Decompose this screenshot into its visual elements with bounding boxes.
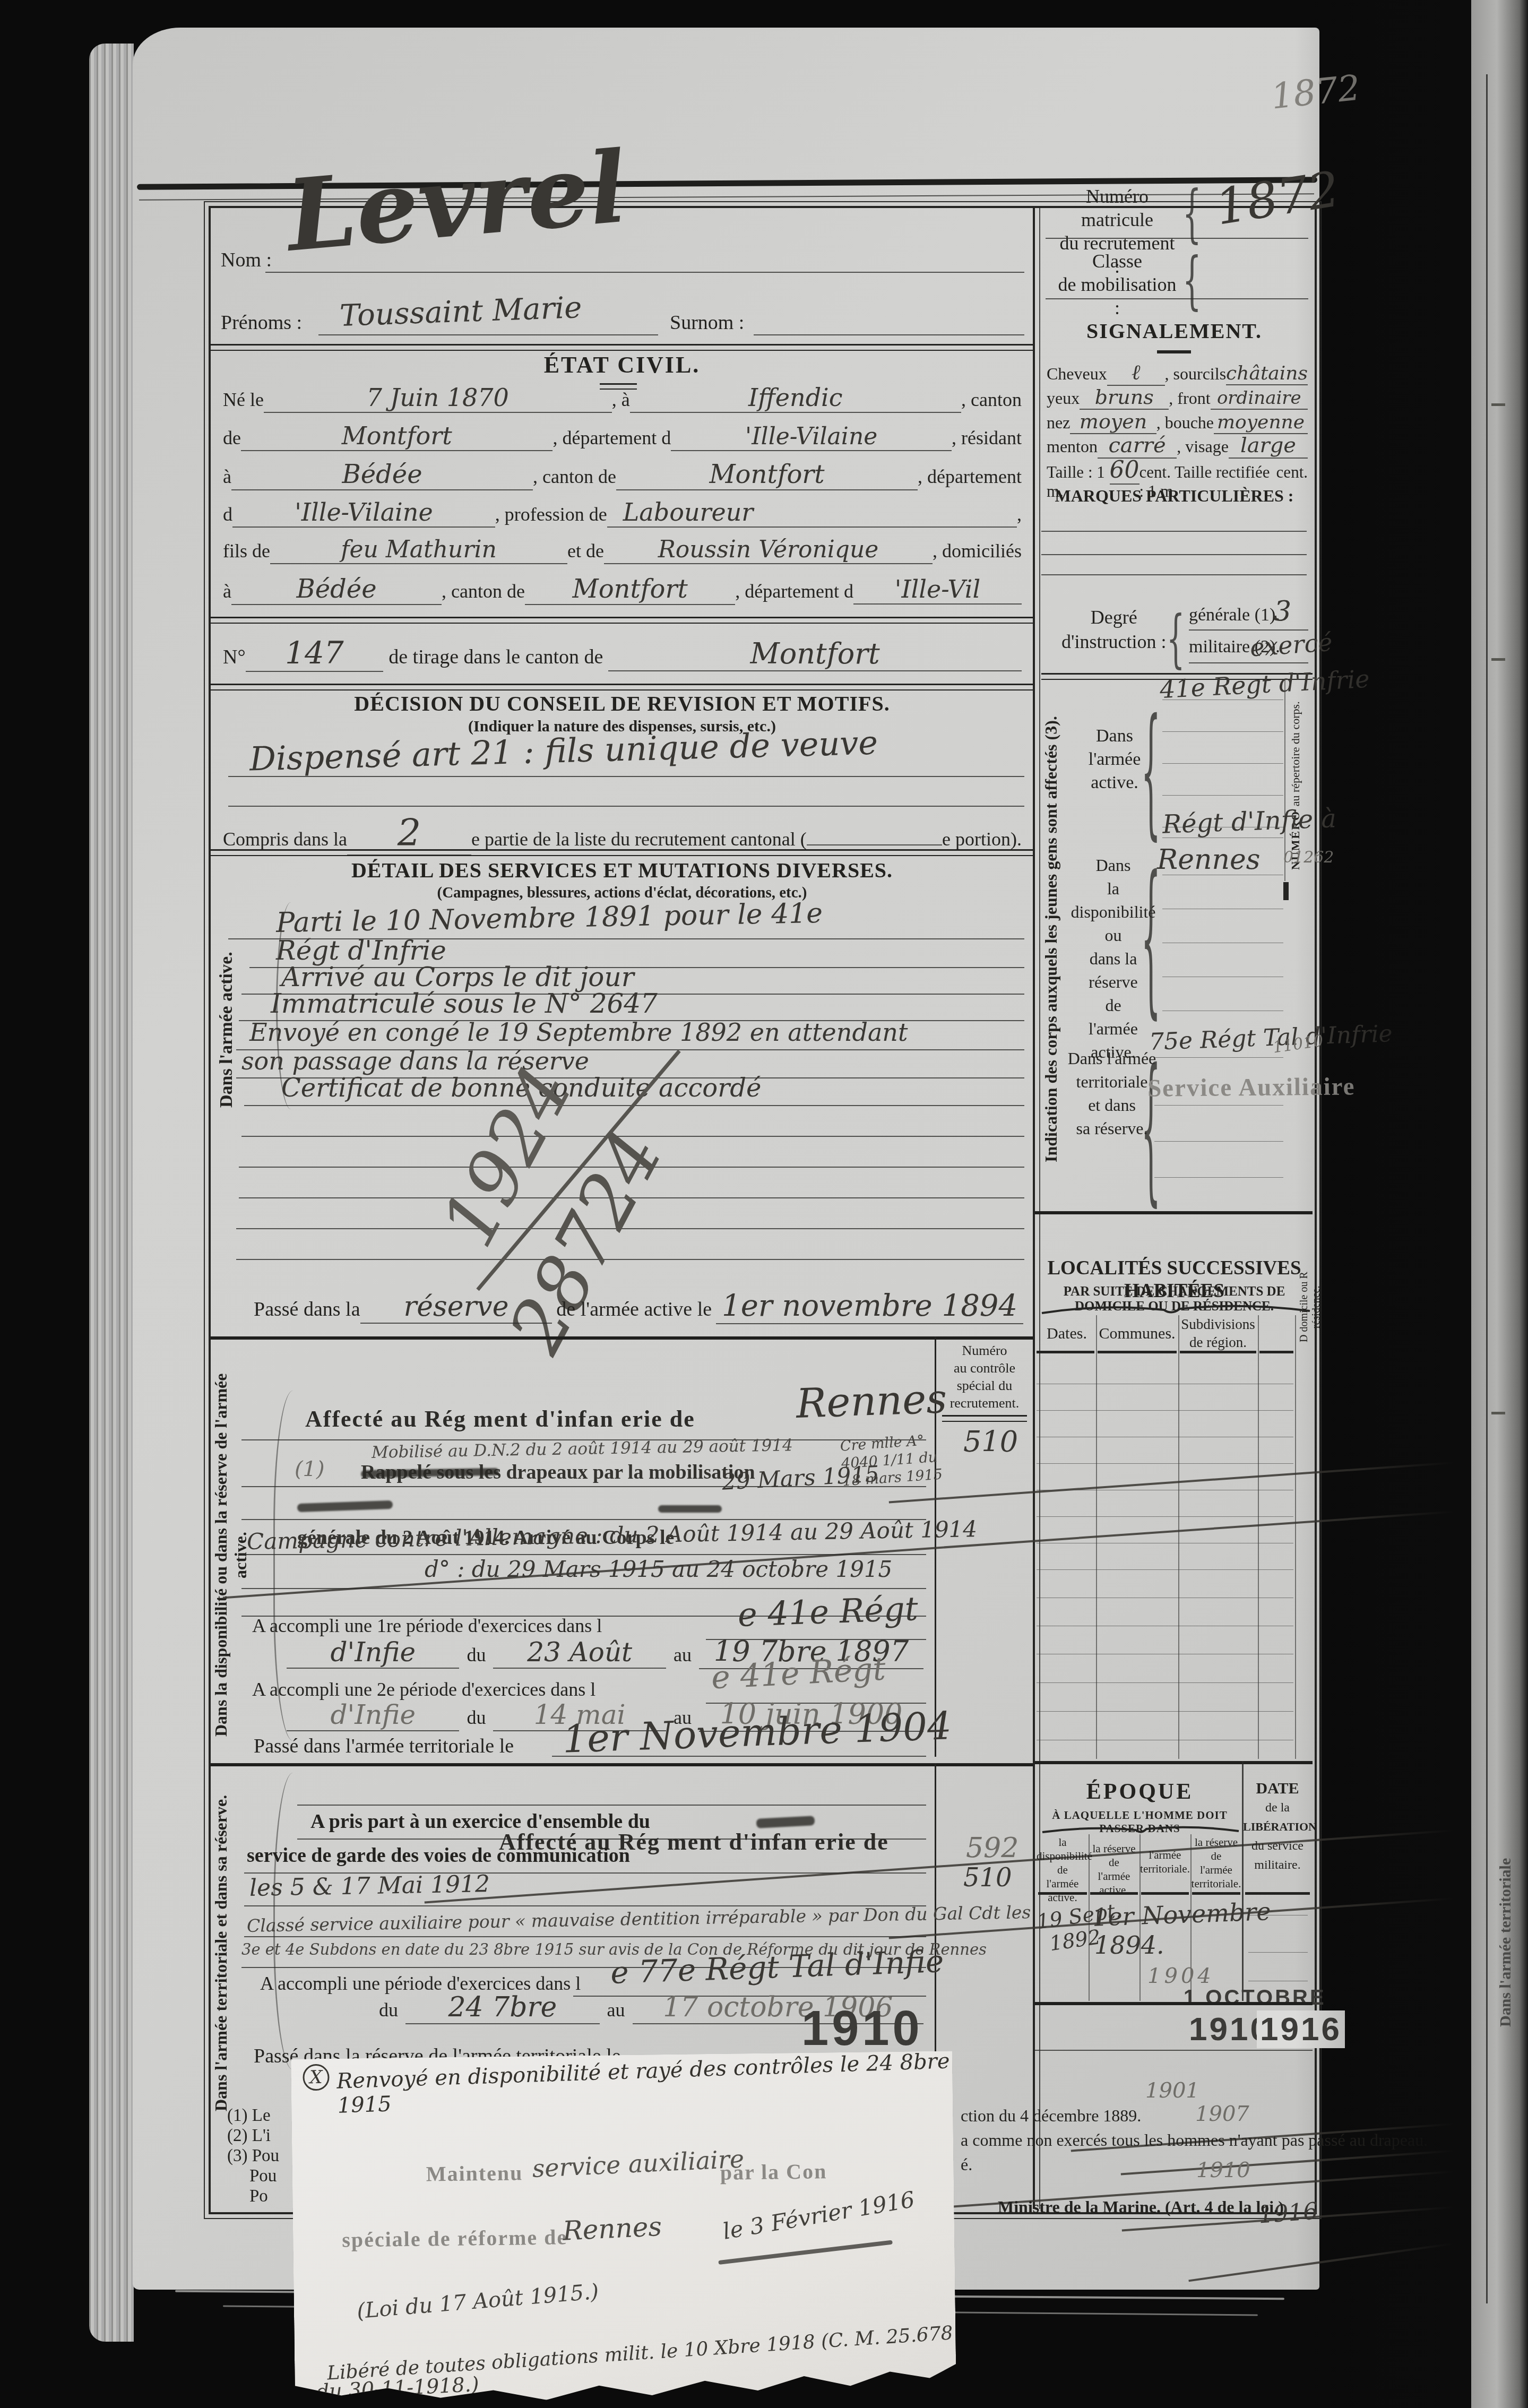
- slip-date-underline: [718, 2240, 893, 2265]
- label: au contrôle: [937, 1359, 1032, 1377]
- epoque-header-rule-1: [1038, 1892, 1087, 1895]
- label: militaire.: [1243, 1855, 1312, 1875]
- pasted-note-slip: X Renvoyé en disponibilité et rayé des c…: [291, 2051, 956, 2403]
- section-rule-4: [211, 849, 1033, 856]
- affecte-printed: Affecté au Rég ment d'infan erie de: [305, 1405, 695, 1432]
- slip-maintenu-hand: service auxiliaire: [531, 2144, 745, 2183]
- column-divider-thin: [1039, 207, 1040, 2209]
- epoque-stamp-1916: 1916: [1257, 2010, 1345, 2048]
- numero-value-struck: 510: [963, 1425, 1528, 1458]
- periode1-value: e 41e Régt: [737, 1589, 919, 1634]
- label: l'armée: [1139, 1848, 1190, 1862]
- label: la: [1037, 1835, 1089, 1849]
- numero-header: Numéro au contrôle spécial du recrutemen…: [937, 1342, 1032, 1412]
- row-line: [1037, 1463, 1293, 1464]
- slip-speciale-stamp: spéciale de réforme de: [342, 2224, 568, 2252]
- surnom-label: Surnom :: [670, 311, 744, 334]
- label: Dans l'armée territoriale: [1497, 1858, 1514, 2027]
- marginal-annotation: Cre mlle A° 4040 1/11 du 18 mars 1915: [840, 1431, 943, 1490]
- label: , sourcils: [1165, 364, 1227, 384]
- service-auxiliaire-stamp: Service Auxiliaire: [1147, 1072, 1356, 1102]
- label: l'armée: [1190, 1863, 1242, 1877]
- line: [1041, 554, 1307, 555]
- territoriale-vertical-label: Dans l'armée territoriale et dans sa rés…: [211, 1783, 231, 2123]
- label: , visage: [1177, 437, 1229, 456]
- label: l'armée active.: [1037, 1877, 1089, 1904]
- line: [1162, 943, 1283, 943]
- label: du: [459, 1706, 493, 1729]
- value: 1er novembre 1894: [716, 1289, 1023, 1324]
- periode1-printed: A accompli une 1re période d'exercices d…: [252, 1615, 602, 1637]
- localites-divider-4: [1295, 1315, 1296, 1759]
- localites-header-rule-4: [1259, 1351, 1293, 1353]
- localites-side-vertical: D domicile ou R résidence.: [1298, 1257, 1323, 1358]
- localites-divider-3: [1258, 1315, 1259, 1759]
- line: [1154, 1057, 1283, 1058]
- section-rule-3: [211, 684, 1033, 691]
- label: la réserve: [1089, 1842, 1139, 1855]
- localites-divider-1: [1096, 1315, 1097, 1759]
- slip-line-1: Renvoyé en disponibilité et rayé des con…: [336, 2049, 953, 2118]
- disponibilite-num: 01262: [1283, 848, 1334, 867]
- label: N°: [223, 645, 246, 669]
- line: [1162, 795, 1283, 796]
- marques-label: MARQUES PARTICULIÈRES :: [1038, 486, 1311, 506]
- label: fils de: [223, 540, 270, 562]
- label: Dans l'armée territoriale: [211, 1931, 230, 2111]
- label: de tirage dans le canton de: [383, 645, 608, 669]
- footnote-left-2: (2) L'i: [227, 2126, 271, 2146]
- footnote-right-3: é.: [961, 2155, 972, 2174]
- label: , front: [1169, 389, 1210, 408]
- band-rule-1: [211, 1336, 1033, 1340]
- label: à: [223, 465, 231, 488]
- line: [244, 1936, 926, 1937]
- row-line: [1037, 1740, 1293, 1740]
- section-rule-2: [211, 617, 1033, 624]
- value: Laboureur: [607, 498, 1017, 528]
- localites-col-dates: Dates.: [1038, 1325, 1096, 1343]
- label: la réserve: [1190, 1835, 1242, 1849]
- value: Montfort: [608, 637, 1022, 671]
- row-line: [1037, 1543, 1293, 1543]
- value: bruns: [1080, 385, 1169, 410]
- services-vertical-label: Dans l'armée active.: [217, 870, 237, 1189]
- label: et de: [567, 540, 604, 562]
- label: D domicile ou: [1298, 1282, 1310, 1342]
- label: au: [666, 1644, 699, 1666]
- nom-label: Nom :: [221, 248, 272, 272]
- disponibilite-value-2: Rennes: [1157, 844, 1260, 876]
- label: de: [223, 427, 241, 449]
- footnote-left-3: (3) Pou: [227, 2146, 279, 2166]
- disponibilite-value-1: Régt d'Infie à: [1162, 804, 1337, 839]
- stamp-1910-left: 1910: [801, 2001, 923, 2057]
- etat-civil-row-5: fils de feu Mathurin et de Roussin Véron…: [223, 536, 1022, 564]
- value: 'Ille-Vil: [853, 575, 1022, 605]
- label: de: [1190, 1849, 1242, 1863]
- value: moyen: [1070, 410, 1156, 434]
- label: , canton de: [442, 580, 525, 602]
- value: 60: [1110, 456, 1139, 485]
- band-rule-2: [211, 1763, 1033, 1766]
- surnom-underline: [754, 334, 1024, 335]
- label: Dans l'armée active.: [217, 952, 236, 1108]
- label: DATE: [1243, 1779, 1312, 1798]
- line: [1248, 1915, 1308, 1915]
- label: yeux: [1047, 389, 1080, 408]
- reserve-vertical-label: Dans la disponibilité ou dans la réserve…: [211, 1359, 251, 1751]
- epoque-date-col-header: DATE de la LIBÉRATION du service militai…: [1243, 1779, 1312, 1875]
- slip-mark-circled: X: [303, 2064, 330, 2091]
- row-line: [1037, 1598, 1293, 1598]
- passe-territoriale-printed: Passé dans l'armée territoriale le: [254, 1734, 514, 1758]
- label: spécial du: [937, 1377, 1032, 1394]
- services-line-4: Immatriculé sous le N° 2647: [271, 988, 658, 1019]
- label: Passé dans la: [254, 1298, 360, 1321]
- value: châtains: [1226, 363, 1308, 385]
- signalement-title-dash: [1157, 350, 1191, 353]
- localites-col-subdiv: Subdivisions de région.: [1178, 1315, 1258, 1351]
- value: d'Infie: [287, 1637, 459, 1669]
- adjacent-page-mark: [1491, 1412, 1505, 1414]
- etat-civil-title: ÉTAT CIVIL.: [211, 351, 1033, 378]
- value: carré: [1098, 433, 1177, 459]
- line: [1162, 875, 1283, 875]
- value: feu Mathurin: [270, 536, 567, 564]
- label: nez: [1047, 413, 1070, 433]
- label: d: [223, 503, 232, 525]
- label: e portion).: [942, 828, 1022, 850]
- corps-vertical-label: Indication des corps auxquels les jeunes…: [1041, 685, 1061, 1194]
- row-line: [1037, 1490, 1293, 1490]
- epoque-divider-date: [1242, 1761, 1244, 2001]
- label: à: [223, 580, 231, 602]
- row-line: [1037, 1410, 1293, 1411]
- decision-blank-line: [228, 806, 1024, 807]
- line: [1189, 662, 1308, 663]
- line: [297, 1839, 926, 1840]
- epoque-bottom-rule: [1035, 2002, 1313, 2005]
- label: disponibilité: [1037, 1849, 1089, 1863]
- label: Numéro matricule: [1056, 185, 1178, 231]
- matricule-underline: [1046, 238, 1308, 239]
- label: Numéro: [937, 1342, 1032, 1359]
- epoque-header-rule-3: [1141, 1892, 1189, 1895]
- epoque-title: ÉPOQUE: [1038, 1779, 1242, 1805]
- value: Montfort: [616, 460, 918, 490]
- label: de la: [1243, 1798, 1312, 1817]
- right-band-rule-2: [1035, 1761, 1313, 1764]
- classe-label: Classe de mobilisation :: [1056, 249, 1178, 320]
- epoque-bottom-rule-2: [1035, 2050, 1313, 2051]
- etat-civil-row-2: de Montfort , département d 'Ille-Vilain…: [223, 421, 1022, 451]
- ink-scribble: [658, 1505, 722, 1513]
- label: LIBÉRATION: [1243, 1817, 1312, 1836]
- label: cent.: [1276, 463, 1308, 482]
- value: d'Infie: [287, 1699, 459, 1731]
- etat-civil-row-4: d 'Ille-Vilaine , profession de Laboureu…: [223, 498, 1022, 528]
- value: 'Ille-Vilaine: [671, 423, 952, 451]
- epoque-header-rule-2: [1090, 1892, 1138, 1895]
- decision-underline: [228, 776, 1024, 777]
- row-line: [1037, 1516, 1293, 1517]
- value: Montfort: [241, 421, 553, 451]
- exercice-line-3: les 5 & 17 Mai 1912: [249, 1870, 490, 1902]
- adjacent-page-mark: [1491, 403, 1505, 406]
- footnote-left-5: Po: [249, 2187, 268, 2206]
- row-line: [1037, 1569, 1293, 1570]
- pencil-fraction-slash: [456, 1040, 722, 1306]
- prenoms-label: Prénoms :: [221, 311, 302, 334]
- epoque-v3: 1904: [1147, 1964, 1214, 1988]
- passe-reserve-row: Passé dans la réserve de l'armée active …: [254, 1289, 1023, 1324]
- label: Degré: [1061, 605, 1166, 629]
- label: recrutement.: [937, 1394, 1032, 1412]
- value: 147: [246, 635, 384, 672]
- label: Compris dans la: [223, 828, 347, 850]
- value: 24 7bre: [405, 1991, 600, 2024]
- line: [1248, 1952, 1308, 1953]
- epoque-col3-header: l'armée territoriale.: [1139, 1848, 1190, 1876]
- value: 'Ille-Vilaine: [232, 498, 495, 528]
- signalement-row-cheveux: Cheveux ℓ , sourcils châtains: [1047, 360, 1308, 386]
- adjacent-page-sliver: Dans l'armée territoriale: [1471, 0, 1528, 2408]
- value: 7 Juin 1870: [264, 383, 612, 413]
- value: ordinaire: [1211, 387, 1308, 410]
- margin-note: (1): [295, 1457, 325, 1481]
- label: , département d: [553, 427, 671, 449]
- footnote-left-4: Pou: [249, 2167, 277, 2186]
- value: Montfort: [525, 574, 735, 605]
- label: , département: [918, 465, 1022, 488]
- signalement-row-yeux: yeux bruns , front ordinaire: [1047, 385, 1308, 410]
- row-line: [1037, 1626, 1293, 1626]
- row-line: [1037, 1682, 1293, 1683]
- corps-numero-tick: [1283, 882, 1289, 900]
- row-line: [1037, 1654, 1293, 1654]
- localites-header-rule-3: [1180, 1351, 1256, 1353]
- label: de région.: [1178, 1333, 1258, 1351]
- label: Subdivisions: [1178, 1315, 1258, 1333]
- corner-page-number: 1872: [1269, 67, 1362, 117]
- localites-col-communes: Communes.: [1096, 1325, 1178, 1343]
- line: [1248, 1981, 1308, 1981]
- etat-civil-row-3: à Bédée , canton de Montfort , départeme…: [223, 460, 1022, 490]
- value: Iffendic: [630, 383, 961, 413]
- epoque-col2-header: la réserve de l'armée active.: [1089, 1842, 1139, 1897]
- footnote-left-1: (1) Le: [227, 2106, 271, 2126]
- value: 23 Août: [493, 1637, 666, 1669]
- label: de: [1089, 1855, 1139, 1869]
- slip-loi-hand: (Loi du 17 Août 1915.): [356, 2280, 600, 2324]
- label: , canton de: [533, 465, 616, 488]
- etat-civil-row-1: Né le 7 Juin 1870 , à Iffendic , canton: [223, 383, 1022, 413]
- label: d'instruction :: [1061, 629, 1166, 654]
- localites-flourish: [1039, 1301, 1315, 1317]
- scanned-military-register-page: 1872 Nom : Levrel Prénoms : Toussaint Ma…: [0, 0, 1528, 2408]
- label: Dans la disponibilité: [211, 1589, 230, 1737]
- row-line: [1037, 1384, 1293, 1384]
- signalement-row-menton: menton carré , visage large: [1047, 433, 1308, 459]
- line: [1041, 574, 1307, 575]
- epoque-v3-struck: 1901: [1145, 2078, 1528, 2103]
- line: [1154, 1105, 1283, 1106]
- exercice-line-1: A pris part à un exercice d'ensemble du: [310, 1810, 650, 1833]
- label: Indication des corps auxquels les jeunes…: [1041, 717, 1060, 1163]
- matricule-brace: {: [1182, 178, 1202, 251]
- tirage-row: N° 147 de tirage dans le canton de Montf…: [223, 635, 1022, 672]
- localites-divider-2: [1178, 1315, 1179, 1759]
- label: Né le: [223, 389, 264, 411]
- armee-active-brace: {: [1141, 688, 1161, 854]
- column-divider: [1033, 207, 1035, 2209]
- localites-header-rule-1: [1037, 1351, 1094, 1353]
- line: [1162, 977, 1283, 977]
- slip-maintenu-stamp: Maintenu: [426, 2160, 523, 2186]
- label: du service: [1243, 1836, 1312, 1855]
- label: de l'armée active le: [552, 1298, 716, 1321]
- label: menton: [1047, 437, 1098, 456]
- slip-speciale-hand: Rennes: [562, 2211, 662, 2247]
- label: , canton: [961, 389, 1022, 411]
- generale-label: générale (1).: [1189, 605, 1280, 625]
- footnote-right-1: ction du 4 décembre 1889.: [961, 2106, 1141, 2126]
- label: territoriale.: [1139, 1862, 1190, 1876]
- footnote-right-2: a comme non exercés tous les hommes n'ay…: [961, 2130, 1428, 2150]
- numero-header-rule: [942, 1415, 1027, 1422]
- value: Bédée: [231, 574, 442, 605]
- label: et dans sa réserve.: [211, 1795, 230, 1927]
- services-subtitle: (Campagnes, blessures, actions d'éclat, …: [211, 884, 1033, 902]
- label: Classe: [1056, 249, 1178, 273]
- nom-underline: [265, 272, 1024, 273]
- label: , bouche: [1156, 413, 1214, 433]
- epoque-stamp-octobre: 1 OCTOBRE: [1184, 1986, 1326, 2010]
- label: au répertoire du corps.: [1289, 701, 1302, 806]
- adjacent-page-mark: [1491, 658, 1505, 661]
- classe-underline: [1046, 298, 1308, 299]
- section-rule-1: [211, 344, 1033, 351]
- label: , domiciliés: [933, 540, 1022, 562]
- value: Bédée: [231, 460, 533, 490]
- label: , profession de: [495, 503, 607, 525]
- label: , département d: [735, 580, 853, 602]
- degre-label: Degré d'instruction :: [1061, 605, 1166, 654]
- footnote-right-4: Ministre de la Marine. (Art. 4 de la loi…: [998, 2197, 1284, 2217]
- exercice-line-2: service de garde des voies de communicat…: [247, 1844, 630, 1867]
- label: ou dans la réserve de l'armée active.: [211, 1374, 250, 1584]
- classe-brace: {: [1182, 245, 1202, 318]
- signalement-row-nez: nez moyen , bouche moyenne: [1047, 410, 1308, 434]
- epoque-flourish: [1040, 1824, 1242, 1835]
- label: Cheveux: [1047, 364, 1107, 384]
- value: Roussin Véronique: [604, 536, 933, 564]
- signalement-title: SIGNALEMENT.: [1038, 318, 1311, 343]
- label: de mobilisation :: [1056, 273, 1178, 320]
- adjacent-page-vertical-text: Dans l'armée territoriale: [1497, 1773, 1515, 2112]
- row-line: [1037, 1437, 1293, 1437]
- degre-brace: {: [1167, 602, 1185, 676]
- label: territoriale.: [1190, 1877, 1242, 1891]
- campagne-2: d° : du 29 Mars 1915 au 24 octobre 1915: [425, 1556, 892, 1582]
- line: [1041, 531, 1307, 532]
- value: réserve: [360, 1291, 553, 1324]
- line: [1162, 731, 1283, 732]
- line: [1162, 700, 1283, 700]
- line: [1162, 763, 1283, 764]
- blank-portion: [807, 844, 942, 845]
- affecte-value: Rennes: [796, 1375, 948, 1427]
- slip-par-stamp: par la Con: [720, 2159, 827, 2185]
- line: [297, 1805, 926, 1806]
- label: de: [1037, 1863, 1089, 1877]
- label: e partie de la liste du recrutement cant…: [471, 828, 807, 850]
- value: moyenne: [1214, 411, 1308, 434]
- territoriale-num-value: 592: [966, 1832, 1018, 1864]
- label: au: [600, 1999, 633, 2021]
- book-page-edges: [89, 44, 134, 2342]
- value: large: [1229, 433, 1308, 459]
- value: ℓ: [1107, 360, 1165, 386]
- epoque-header-rule-4: [1192, 1892, 1240, 1895]
- slip-date-hand: le 3 Février 1916: [721, 2186, 917, 2245]
- label: ,: [1017, 503, 1022, 525]
- label: , résidant: [952, 427, 1022, 449]
- line: [241, 1588, 926, 1589]
- prenoms-underline: [318, 334, 658, 335]
- line: [1154, 1177, 1283, 1178]
- epoque-col4-header: la réserve de l'armée territoriale.: [1190, 1835, 1242, 1891]
- label: du: [459, 1644, 493, 1666]
- localites-header-rule-2: [1098, 1351, 1177, 1353]
- services-title: DÉTAIL DES SERVICES ET MUTATIONS DIVERSE…: [211, 858, 1033, 883]
- epoque-header-rule-5: [1245, 1892, 1310, 1895]
- line: [1162, 909, 1283, 909]
- decision-title: DÉCISION DU CONSEIL DE REVISION ET MOTIF…: [211, 691, 1033, 716]
- generale-value: 3: [1274, 595, 1291, 627]
- line: [241, 1554, 926, 1555]
- etat-civil-row-6: à Bédée , canton de Montfort , départeme…: [223, 574, 1022, 605]
- line: [552, 1756, 926, 1757]
- line: [1154, 1141, 1283, 1142]
- line: [1162, 838, 1283, 838]
- label: , à: [612, 389, 630, 411]
- line: [1162, 1011, 1283, 1011]
- row-line: [1037, 1711, 1293, 1712]
- adjacent-page-border: [1486, 74, 1488, 2303]
- label: du: [372, 1999, 405, 2021]
- territoriale-corps-brace: {: [1141, 1034, 1161, 1222]
- epoque-v2-year: 1894.: [1094, 1931, 1164, 1960]
- right-band-rule: [1035, 1211, 1313, 1214]
- militaire-value: exercé: [1249, 628, 1333, 662]
